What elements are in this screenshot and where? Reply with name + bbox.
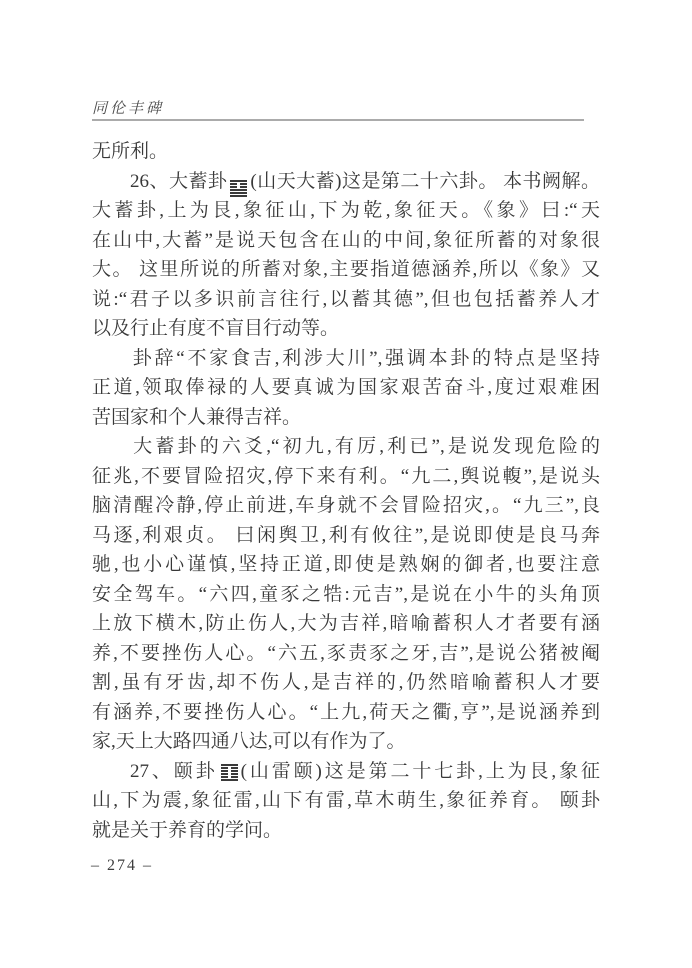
hexagram-26-dachu-icon — [230, 180, 247, 197]
text-line: 征兆,不要冒险招灾,停下来有利。“九二,舆说輹”,是说头 — [92, 462, 600, 492]
text-line: 马逐,利艰贞。 曰闲舆卫,利有攸往”,是说即使是良马奔 — [92, 521, 600, 551]
header-rule — [92, 119, 584, 121]
text-line: 就是关于养育的学问。 — [92, 816, 600, 846]
text-line: 上放下横木,防止伤人,大为吉祥,暗喻蓄积人才者要有涵 — [92, 609, 600, 639]
text-line: 山,下为震,象征雷,山下有雷,草木萌生,象征养育。 颐卦 — [92, 786, 600, 816]
hexagram-27-yi-icon — [221, 764, 238, 781]
text-line: 正道,领取俸禄的人要真诚为国家艰苦奋斗,度过艰难困 — [92, 373, 600, 403]
text-line: 有涵养,不要挫伤人心。“上九,荷天之衢,亨”,是说涵养到 — [92, 698, 600, 728]
text-line: 大。 这里所说的所蓄对象,主要指道德涵养,所以《象》又 — [92, 255, 600, 285]
text-line: 安全驾车。“六四,童豕之牿:元吉”,是说在小牛的头角顶 — [92, 580, 600, 610]
text-line: 26、大蓄卦(山天大蓄)这是第二十六卦。 本书阙解。 — [92, 167, 600, 197]
page-number: – 274 – — [91, 857, 153, 875]
text-line: 27、颐卦(山雷颐)这是第二十七卦,上为艮,象征 — [92, 757, 600, 787]
text-line: 无所利。 — [92, 137, 600, 167]
body-text: 无所利。26、大蓄卦(山天大蓄)这是第二十六卦。 本书阙解。大蓄卦,上为艮,象征… — [92, 137, 600, 845]
text-line: 说:“君子以多识前言往行,以蓄其德”,但也包括蓄养人才 — [92, 285, 600, 315]
book-page: 同伦丰碑 无所利。26、大蓄卦(山天大蓄)这是第二十六卦。 本书阙解。大蓄卦,上… — [0, 0, 692, 968]
text-line: 驰,也小心谨慎,坚持正道,即使是熟娴的御者,也要注意 — [92, 550, 600, 580]
text-line: 脑清醒冷静,停止前进,车身就不会冒险招灾,。“九三”,良 — [92, 491, 600, 521]
text-line: 在山中,大蓄”是说天包含在山的中间,象征所蓄的对象很 — [92, 226, 600, 256]
text-line: 大蓄卦的六爻,“初九,有厉,利已”,是说发现危险的 — [92, 432, 600, 462]
text-line: 家,天上大路四通八达,可以有作为了。 — [92, 727, 600, 757]
text-line: 割,虽有牙齿,却不伤人,是吉祥的,仍然暗喻蓄积人才要 — [92, 668, 600, 698]
running-head: 同伦丰碑 — [92, 97, 164, 118]
text-line: 大蓄卦,上为艮,象征山,下为乾,象征天。《象》曰:“天 — [92, 196, 600, 226]
text-line: 以及行止有度不盲目行动等。 — [92, 314, 600, 344]
text-line: 苦国家和个人兼得吉祥。 — [92, 403, 600, 433]
text-line: 养,不要挫伤人心。“六五,豕责豕之牙,吉”,是说公猪被阉 — [92, 639, 600, 669]
text-line: 卦辞“不家食吉,利涉大川”,强调本卦的特点是坚持 — [92, 344, 600, 374]
